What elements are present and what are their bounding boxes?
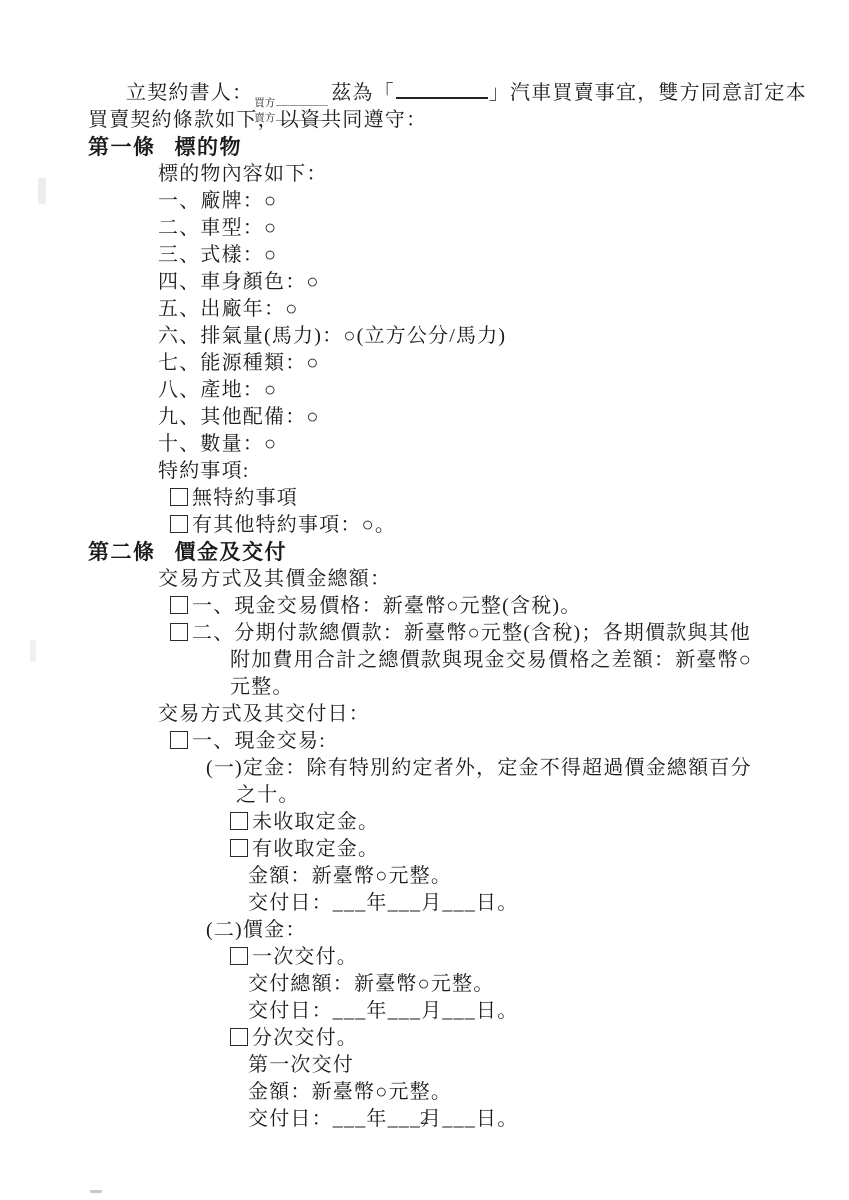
article1-title: 標的物 xyxy=(175,135,243,159)
contract-body: 立契約書人：買方賣方茲為「」汽車買賣事宜，雙方同意訂定本 買賣契約條款如下，以資… xyxy=(0,80,849,1133)
special-other-option: 有其他特約事項：○。 xyxy=(0,512,849,539)
deposit-none-checkbox xyxy=(230,812,248,830)
article2-title: 價金及交付 xyxy=(175,540,288,564)
article2-heading: 第二條價金及交付 xyxy=(0,539,849,566)
deposit-received-label: 有收取定金。 xyxy=(252,838,379,860)
subject-item-year: 五、出廠年：○ xyxy=(0,296,849,323)
cash-deal-label: 一、現金交易: xyxy=(192,730,326,752)
price-installment-checkbox xyxy=(170,623,188,641)
deposit-received-option: 有收取定金。 xyxy=(0,836,849,863)
cash-deal-option: 一、現金交易: xyxy=(0,728,849,755)
preamble-tail: 」汽車買賣事宜，雙方同意訂定本 xyxy=(489,82,807,104)
deposit-clause-line-1: (一)定金：除有特別約定者外，定金不得超過價金總額百分 xyxy=(0,755,849,782)
subject-item-style: 三、式樣：○ xyxy=(0,242,849,269)
delivery-intro: 交易方式及其交付日： xyxy=(0,701,849,728)
scan-smudge xyxy=(90,1190,102,1193)
subject-item-energy: 七、能源種類：○ xyxy=(0,350,849,377)
page-number: 2 xyxy=(0,1108,849,1129)
pay-once-date: 交付日：___年___月___日。 xyxy=(0,998,849,1025)
deposit-received-checkbox xyxy=(230,839,248,857)
preamble-mid: 茲為「 xyxy=(331,82,395,104)
deposit-date: 交付日：___年___月___日。 xyxy=(0,890,849,917)
preamble-lead: 立契約書人： xyxy=(126,82,253,104)
price-cash-option: 一、現金交易價格：新臺幣○元整(含稅)。 xyxy=(0,593,849,620)
article1-number: 第一條 xyxy=(88,135,156,159)
pay-once-checkbox xyxy=(230,947,248,965)
cash-deal-checkbox xyxy=(170,731,188,749)
article1-heading: 第一條標的物 xyxy=(0,134,849,161)
preamble-line-2: 買賣契約條款如下，以資共同遵守： xyxy=(0,107,849,134)
pay-once-label: 一次交付。 xyxy=(252,946,358,968)
pay-multi-first: 第一次交付 xyxy=(0,1052,849,1079)
deposit-clause-line-2: 之十。 xyxy=(0,782,849,809)
buyer-blank-field xyxy=(276,95,328,106)
special-other-checkbox xyxy=(170,515,188,533)
pay-once-total: 交付總額：新臺幣○元整。 xyxy=(0,971,849,998)
special-other-label: 有其他特約事項：○。 xyxy=(192,514,396,536)
pay-multi-option: 分次交付。 xyxy=(0,1025,849,1052)
pay-once-option: 一次交付。 xyxy=(0,944,849,971)
price-installment-cont-1: 附加費用合計之總價款與現金交易價格之差額：新臺幣○ xyxy=(0,647,849,674)
subject-item-origin: 八、產地：○ xyxy=(0,377,849,404)
subject-item-model: 二、車型：○ xyxy=(0,215,849,242)
price-installment-option: 二、分期付款總價款：新臺幣○元整(含稅)；各期價款與其他 xyxy=(0,620,849,647)
subject-item-brand: 一、廠牌：○ xyxy=(0,188,849,215)
special-none-label: 無特約事項 xyxy=(192,487,298,509)
price-installment-label: 二、分期付款總價款：新臺幣○元整(含稅)；各期價款與其他 xyxy=(192,622,751,644)
price-cash-checkbox xyxy=(170,596,188,614)
special-terms-label: 特約事項: xyxy=(0,458,849,485)
price-intro: 交易方式及其價金總額： xyxy=(0,566,849,593)
preamble-line-1: 立契約書人：買方賣方茲為「」汽車買賣事宜，雙方同意訂定本 xyxy=(0,80,849,107)
article1-intro: 標的物內容如下： xyxy=(0,161,849,188)
deposit-none-option: 未收取定金。 xyxy=(0,809,849,836)
price-payment-label: (二)價金： xyxy=(0,917,849,944)
subject-item-equipment: 九、其他配備：○ xyxy=(0,404,849,431)
deposit-none-label: 未收取定金。 xyxy=(252,811,379,833)
subject-item-quantity: 十、數量：○ xyxy=(0,431,849,458)
deposit-amount: 金額：新臺幣○元整。 xyxy=(0,863,849,890)
price-installment-cont-2: 元整。 xyxy=(0,674,849,701)
pay-multi-amount: 金額：新臺幣○元整。 xyxy=(0,1079,849,1106)
pay-multi-checkbox xyxy=(230,1028,248,1046)
price-cash-label: 一、現金交易價格：新臺幣○元整(含稅)。 xyxy=(192,595,581,617)
subject-item-color: 四、車身顏色：○ xyxy=(0,269,849,296)
subject-item-displacement: 六、排氣量(馬力)：○(立方公分/馬力) xyxy=(0,323,849,350)
vehicle-name-blank-field xyxy=(396,91,488,99)
pay-multi-label: 分次交付。 xyxy=(252,1027,358,1049)
special-none-checkbox xyxy=(170,488,188,506)
contract-page: 立契約書人：買方賣方茲為「」汽車買賣事宜，雙方同意訂定本 買賣契約條款如下，以資… xyxy=(0,0,849,1200)
special-none-option: 無特約事項 xyxy=(0,485,849,512)
article2-number: 第二條 xyxy=(88,540,156,564)
